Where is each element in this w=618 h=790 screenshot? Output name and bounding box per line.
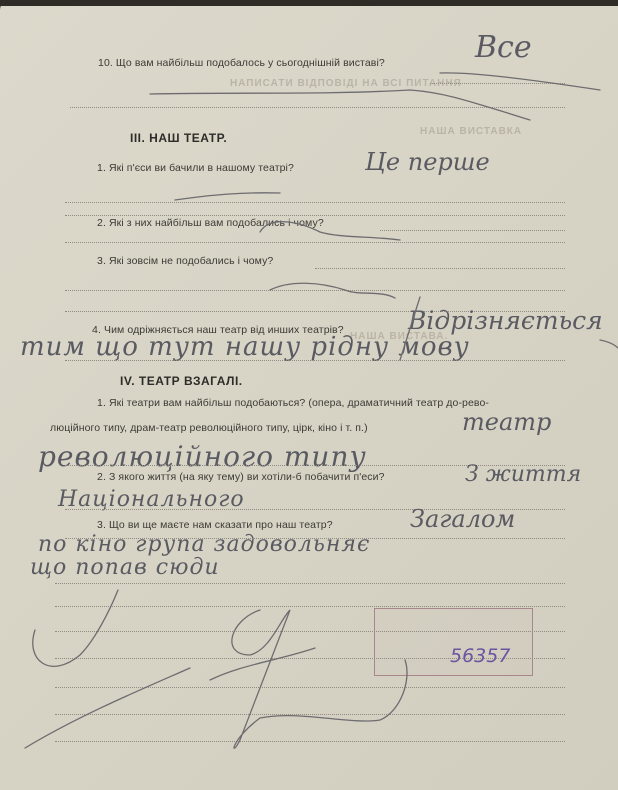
pencil-signature-marks xyxy=(0,0,618,790)
scanned-document-page: НАПИСАТИ ВІДПОВІДІ НА ВСІ ПИТАННЯ НАША В… xyxy=(0,0,618,790)
